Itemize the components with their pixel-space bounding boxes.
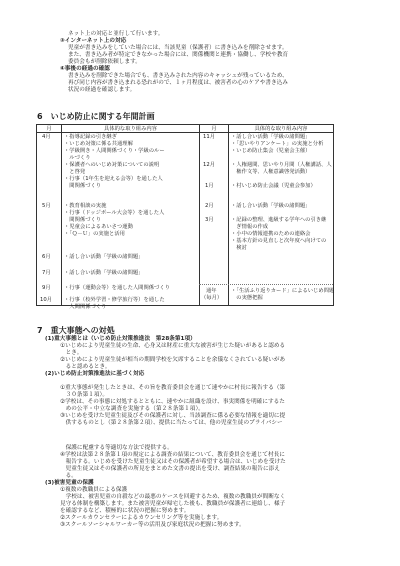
sub3-title: (3)被害児童の保護 (45, 480, 94, 486)
sub3-item: ③スクールソーシャルワーカー等の活用及び家庭状況の把握に努めます。 (60, 522, 245, 528)
sub2-item: 報告する。いじめを受けた児童生徒又はその保護者が希望する場合は、いじめを受けた (60, 459, 286, 465)
annual-plan-table: 月 具体的な取り組み内容 月 具体的な取り組み内容 4月 ・指導記録の引き継ぎ … (36, 124, 334, 306)
sub2-item: ①重大事態が発生したときは、その旨を教育委員会を通じて速やかに村長に報告する（第 (60, 385, 285, 391)
month-cell: 2月 (205, 203, 214, 209)
sub1-item: ると認めるとき。 (60, 364, 111, 370)
plan-item: ・話し合い活動「学級の諸問題」 (64, 270, 143, 276)
plan-item: と啓発 (64, 169, 85, 175)
plan-item: ・指導記録の引き継ぎ (64, 134, 117, 140)
item3-line: 児童が書き込みをしていた場合には、当該児童（保護者）に書き込みを削除させます。 (68, 45, 288, 51)
month-cell: 7月 (42, 270, 51, 276)
plan-item: ぎ情報の作成 (231, 224, 268, 230)
sub3-item: 見守る体制を構築します。また被害児童が帰宅した後も、教職員が保護者に連絡し、様子 (60, 501, 285, 507)
plan-item: 権作文等、人権意識啓発活動） (231, 169, 310, 175)
plan-item: ・行事（校外学習・修学旅行等）を通した (64, 297, 165, 303)
sub2-item: 保護に配慮する等適切な方法で提供する。 (60, 445, 173, 451)
header-month-right: 月 (200, 126, 228, 132)
plan-item: 検討 (231, 245, 247, 251)
month-cell: 4月 (42, 134, 51, 140)
item4-line: 書き込みを削除できた場合でも、書き込みされた内容のキャッシュが残っているため、 (68, 73, 288, 79)
sub2-item: 供するものとし（第２８条第２項）、提供に当たっては、他の児童生徒のプライバシー (60, 420, 283, 426)
month-cell: （毎月） (201, 295, 222, 301)
item4-line: 再び同じ内容が書き込まれる恐れがので、１ヶ月程度は、被害者の心のケアや書き込み (68, 80, 288, 86)
plan-item: ・話し合い活動「学級の諸問題」 (64, 254, 143, 260)
plan-item: ・話し合い活動「学級の諸問題」 (231, 134, 310, 140)
month-cell: 11月 (203, 134, 215, 140)
section7-title: 7 重大事態への対処 (37, 326, 115, 335)
plan-item: 人間関係づくり (64, 304, 106, 310)
plan-item: ・行事（ドッジボール大会等）を通した人 (64, 210, 164, 216)
sub2-title: (2)いじめ防止対策推進法に基づく対応 (45, 371, 144, 377)
plan-item: ・村いじめ防止会議（児童会参加） (231, 183, 316, 189)
sub2-item: ③いじめを受けた児童生徒及びその保護者に対し、当該調査に係る必要な情報を適切に提 (60, 413, 285, 419)
sub2-item: る。 (60, 473, 77, 479)
item4-title: ④事後の経過の確認 (60, 66, 110, 72)
plan-item: ・「生活ふり返りカード」によるいじめ問題 (231, 288, 334, 294)
sub2-item: ④学校は法第２８条第１項の規定による調査の結果について、教育委員会を通じて村長に (60, 452, 285, 458)
plan-item: ・行事（1年生を迎える会等）を通した人 (64, 176, 163, 182)
document-page: ネット上の対応と並行して行います。 ③インターネット上の対応 児童が書き込みをし… (0, 0, 400, 566)
plan-item: ・いじめ対策に係る共通理解 (64, 141, 133, 147)
plan-item: 間関係づくり (64, 217, 101, 223)
item3-line: 委員会もが削除依頼します。 (68, 59, 141, 65)
month-cell: 通年 (206, 288, 217, 294)
continued-text: ネット上の対応と並行して行います。 (68, 31, 164, 37)
plan-item: ・行事（運動会等）を通した人間関係づくり (64, 285, 170, 291)
plan-item: ・基本方針の見直しと次年度へ向けての (231, 238, 326, 244)
plan-item: ・「思いやりアンケート」の実施と分析 (231, 141, 323, 147)
plan-item: ・「Ｑ－Ｕ」の実施と活用 (64, 231, 125, 237)
plan-item: ・いじめ防止集会（児童会主催） (231, 148, 310, 154)
section6-title: 6 いじめ防止に関する年間計画 (37, 112, 155, 121)
sub3-item: を確認するなど、積極的に状況の把握に努めます。 (60, 508, 189, 514)
plan-item: ・話し合い活動「学級の諸問題」 (231, 203, 310, 209)
month-cell: 10月 (40, 297, 52, 303)
plan-item: ・教育相談の実施 (64, 203, 106, 209)
month-cell: 3月 (205, 217, 214, 223)
plan-item: 間関係づくり (64, 183, 101, 189)
sub3-item: 学校は、被害児童の自殺などの最悪のケースを回避するため、複数の教職員が間断なく (60, 494, 285, 500)
plan-item: ・小中の情報連携のための連絡会 (231, 231, 310, 237)
sub2-item: ②学校は、その事態に対処するとともに、速やかに組織を設け、事実関係を明確にするた (60, 399, 285, 405)
sub1-item: ②いじめにより児童生徒が相当の期間学校を欠席することを余儀なくされている疑いがあ (60, 357, 285, 363)
month-cell: 12月 (203, 162, 215, 168)
plan-item: ・人権週間、思いやり月間（人権講話、人 (231, 162, 332, 168)
sub2-item: 児童生徒又はその保護者の所見をまとめた文書の提出を受け、調査結果の報告に添え (60, 466, 280, 472)
sub2-item: ３０条第１項）。 (60, 392, 108, 398)
item3-line: また、書き込み者が特定できなかった場合には、関係機関と連携・協働し、学校や教育 (68, 52, 288, 58)
plan-item: ・記録の整理、進級する学年への引き継 (231, 217, 326, 223)
month-cell: 1月 (205, 183, 214, 189)
sub3-item: ①複数の教職員による保護 (60, 487, 127, 493)
header-month-left: 月 (37, 126, 61, 132)
sub2-item: めの公平・中立な調査を実施する（第２８条第１項）。 (60, 406, 204, 412)
sub1-item: とき。 (60, 350, 82, 356)
sub3-item: ②スクールカウンセラーによるカウンセリング等を実施します。 (60, 515, 222, 521)
plan-item: ルづくり (64, 155, 91, 161)
item4-line: 状況の経過を確認します。 (68, 87, 135, 93)
plan-item: ・学級開き・人間関係づくり・学級のルー (64, 148, 165, 154)
plan-item: ・保護者へのいじめ対策についての説明 (64, 162, 159, 168)
item3-title: ③インターネット上の対応 (60, 38, 126, 44)
month-cell: 5月 (42, 203, 51, 209)
header-content-right: 具体的な取り組み内容 (229, 126, 333, 132)
header-content-left: 具体的な取り組み内容 (62, 126, 199, 132)
month-cell: 6月 (42, 254, 51, 260)
sub1-item: ①いじめにより児童生徒の生命、心身又は財産に重大な被害が生じた疑いがあると認める (60, 343, 285, 349)
plan-item: ・児童会によるあいさつ運動 (64, 224, 133, 230)
plan-item: の実態把握 (231, 295, 263, 301)
sub1-title: (1)重大事態とは（いじめ防止対策推進法 第28条第1項） (45, 336, 196, 342)
month-cell: 9月 (42, 285, 51, 291)
